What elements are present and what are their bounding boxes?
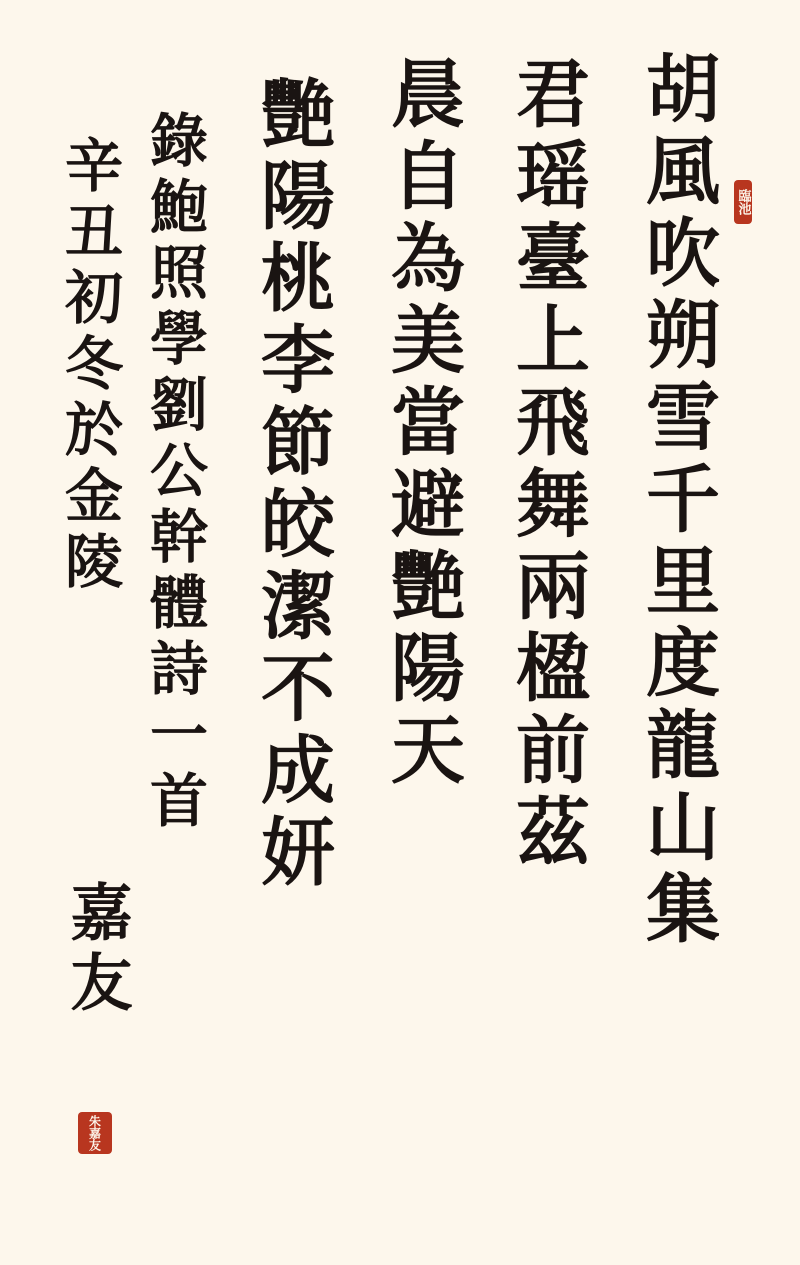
calligraphy-column-4: 艷陽桃李節皎潔不成妍 — [255, 75, 329, 895]
inscription-column-1: 錄鮑照學劉公幹體詩一首 — [145, 110, 203, 836]
seal-bottom-left: 朱嘉友 — [78, 1112, 112, 1154]
calligraphy-column-2: 君瑶臺上飛舞兩楹前茲 — [510, 55, 584, 875]
inscription-column-2: 辛丑初冬於金陵 — [60, 135, 118, 597]
signature: 嘉友 — [65, 880, 127, 1020]
seal-top-right: 臨池 — [734, 180, 752, 224]
calligraphy-column-1: 胡風吹朔雪千里度龍山集 — [640, 50, 714, 952]
calligraphy-column-3: 晨自為美當避艷陽天 — [385, 55, 459, 793]
